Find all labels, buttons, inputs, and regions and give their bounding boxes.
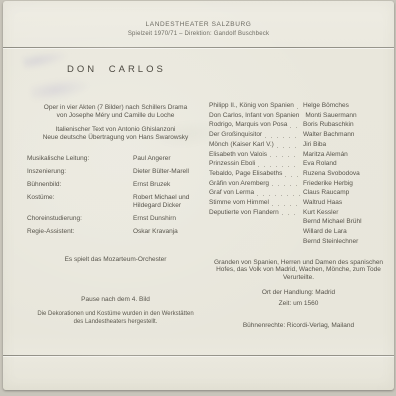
left-column: Oper in vier Akten (7 Bilder) nach Schil… xyxy=(27,104,204,326)
staff-row: Choreinstudierung: Ernst Dunshirn xyxy=(27,215,204,223)
decoration-note-line: des Landestheaters hergestellt. xyxy=(27,319,204,327)
decoration-note: Die Dekorationen und Kostüme wurden in d… xyxy=(27,311,204,326)
decoration-note-line: Die Dekorationen und Kostüme wurden in d… xyxy=(27,311,204,319)
cast-performer: Helge Bömches xyxy=(303,101,388,111)
cast-performer: Willard de Lara xyxy=(209,227,388,237)
dot-leader xyxy=(272,185,300,186)
cast-role: Tebaldo, Page Elisabeths xyxy=(209,169,282,179)
cast-role: Elisabeth von Valois xyxy=(209,150,267,160)
cast-performer: Friederike Herbig xyxy=(303,179,388,189)
staff-role-label: Choreinstudierung: xyxy=(27,215,133,223)
cast-role: Mönch (Kaiser Karl V.) xyxy=(209,140,274,150)
cast-performer: Boris Rubaschkin xyxy=(303,120,388,130)
production-staff-list: Musikalische Leitung: Paul Angerer Insze… xyxy=(27,155,204,236)
cast-row: Prinzessin Eboli Eva Roland xyxy=(209,159,388,169)
staff-row: Inszenierung: Dieter Bülter-Marell xyxy=(27,168,204,176)
cast-row: Tebaldo, Page Elisabeths Ruzena Svobodov… xyxy=(209,169,388,179)
dot-leader xyxy=(285,176,300,177)
ensemble-description-line: Granden von Spanien, Herren und Damen de… xyxy=(209,259,388,267)
cast-role: Philipp II., König von Spanien xyxy=(209,101,294,111)
cast-row: Der Großinquisitor Walter Bachmann xyxy=(209,130,388,140)
scanned-program-page: { "colors": { "paper": "#e9e7dc", "ink":… xyxy=(0,0,396,396)
text-credits-line: Italienischer Text von Antonio Ghislanzo… xyxy=(27,126,204,134)
staff-row: Kostüme: Robert Michael und Hildegard Di… xyxy=(27,194,204,210)
cast-role: Don Carlos, Infant von Spanien xyxy=(209,111,299,121)
cast-row: Elisabeth von Valois Maritza Alemán xyxy=(209,150,388,160)
setting-time: Zeit: um 1560 xyxy=(209,300,388,308)
staff-role-label: Kostüme: xyxy=(27,194,133,210)
dot-leader xyxy=(297,108,300,109)
staff-role-label: Regie-Assistent: xyxy=(27,228,133,236)
cast-performer: Kurt Kessler xyxy=(303,208,388,218)
staff-row: Bühnenbild: Ernst Bruzek xyxy=(27,181,204,189)
cast-performer: Bernd Steinlechner xyxy=(209,237,388,247)
staff-person-name: Paul Angerer xyxy=(133,155,204,163)
season-direction: Spielzeit 1970/71 – Direktion: Gandolf B… xyxy=(3,31,394,37)
staff-role-label: Inszenierung: xyxy=(27,168,133,176)
dot-leader xyxy=(282,214,300,215)
dot-leader xyxy=(272,205,300,206)
cast-role: Graf von Lerma xyxy=(209,188,254,198)
dot-leader xyxy=(258,166,300,167)
cast-performer: Maritza Alemán xyxy=(303,150,388,160)
dot-leader xyxy=(265,137,300,138)
staff-row: Regie-Assistent: Oskar Kravanja xyxy=(27,228,204,236)
text-credits: Italienischer Text von Antonio Ghislanzo… xyxy=(27,126,204,142)
staff-role-label: Musikalische Leitung: xyxy=(27,155,133,163)
stage-rights: Bühnenrechte: Ricordi-Verlag, Mailand xyxy=(209,322,388,330)
staff-row: Musikalische Leitung: Paul Angerer xyxy=(27,155,204,163)
cast-role: Der Großinquisitor xyxy=(209,130,262,140)
staff-person-name: Robert Michael und Hildegard Dicker xyxy=(133,194,204,210)
pause-note: Pause nach dem 4. Bild xyxy=(27,296,204,304)
theatre-name: LANDESTHEATER SALZBURG xyxy=(3,21,394,28)
opera-title: DON CARLOS xyxy=(67,64,166,75)
staff-person-name: Ernst Bruzek xyxy=(133,181,204,189)
dot-leader xyxy=(290,127,300,128)
text-credits-line: Neue deutsche Übertragung von Hans Swaro… xyxy=(27,134,204,142)
right-column: Philipp II., König von Spanien Helge Böm… xyxy=(209,101,388,330)
cast-performer: Eva Roland xyxy=(303,159,388,169)
top-rule xyxy=(3,47,394,48)
cast-role: Stimme vom Himmel xyxy=(209,198,269,208)
staff-person-name: Oskar Kravanja xyxy=(133,228,204,236)
cast-row: Philipp II., König von Spanien Helge Böm… xyxy=(209,101,388,111)
cast-role: Gräfin von Aremberg xyxy=(209,179,269,189)
cast-row: Graf von Lerma Claus Raucamp xyxy=(209,188,388,198)
ensemble-description-line: Verurteilte. xyxy=(209,274,388,282)
dot-leader xyxy=(257,195,300,196)
program-paper-sheet: LANDESTHEATER SALZBURG Spielzeit 1970/71… xyxy=(3,1,394,390)
cast-performer: Claus Raucamp xyxy=(303,188,388,198)
dot-leader xyxy=(277,147,300,148)
staff-person-name: Dieter Bülter-Marell xyxy=(133,168,204,176)
cast-performer: Jiri Biba xyxy=(303,140,388,150)
cast-row: Deputierte von Flandern Kurt Kessler xyxy=(209,208,388,218)
ensemble-description: Granden von Spanien, Herren und Damen de… xyxy=(209,259,388,282)
cast-row: Mönch (Kaiser Karl V.) Jiri Biba xyxy=(209,140,388,150)
cast-role: Deputierte von Flandern xyxy=(209,208,279,218)
cast-list: Philipp II., König von Spanien Helge Böm… xyxy=(209,101,388,247)
staff-person-name: Ernst Dunshirn xyxy=(133,215,204,223)
cast-row: Don Carlos, Infant von Spanien Monti Sau… xyxy=(209,111,388,121)
cast-performer: Bernd Michael Brühl xyxy=(209,217,388,227)
setting-place: Ort der Handlung: Madrid xyxy=(209,289,388,297)
cast-performer: Monti Sauermann xyxy=(305,111,390,121)
show-through-mark xyxy=(30,75,92,103)
orchestra-note: Es spielt das Mozarteum-Orchester xyxy=(27,256,204,264)
cast-role: Prinzessin Eboli xyxy=(209,159,255,169)
work-description-line: von Josephe Méry und Camille du Loche xyxy=(27,112,204,120)
cast-performer: Waltrud Haas xyxy=(303,198,388,208)
bottom-rule xyxy=(3,355,394,356)
page-header: LANDESTHEATER SALZBURG Spielzeit 1970/71… xyxy=(3,21,394,37)
cast-row: Gräfin von Aremberg Friederike Herbig xyxy=(209,179,388,189)
ensemble-description-line: Hofes, das Volk von Madrid, Wachen, Mönc… xyxy=(209,266,388,274)
staff-role-label: Bühnenbild: xyxy=(27,181,133,189)
dot-leader xyxy=(270,156,300,157)
cast-performer: Ruzena Svobodova xyxy=(303,169,388,179)
cast-row: Rodrigo, Marquis von Posa Boris Rubaschk… xyxy=(209,120,388,130)
work-description-line: Oper in vier Akten (7 Bilder) nach Schil… xyxy=(27,104,204,112)
cast-role: Rodrigo, Marquis von Posa xyxy=(209,120,287,130)
cast-row: Stimme vom Himmel Waltrud Haas xyxy=(209,198,388,208)
work-description: Oper in vier Akten (7 Bilder) nach Schil… xyxy=(27,104,204,120)
show-through-mark xyxy=(22,47,70,71)
cast-performer: Walter Bachmann xyxy=(303,130,388,140)
